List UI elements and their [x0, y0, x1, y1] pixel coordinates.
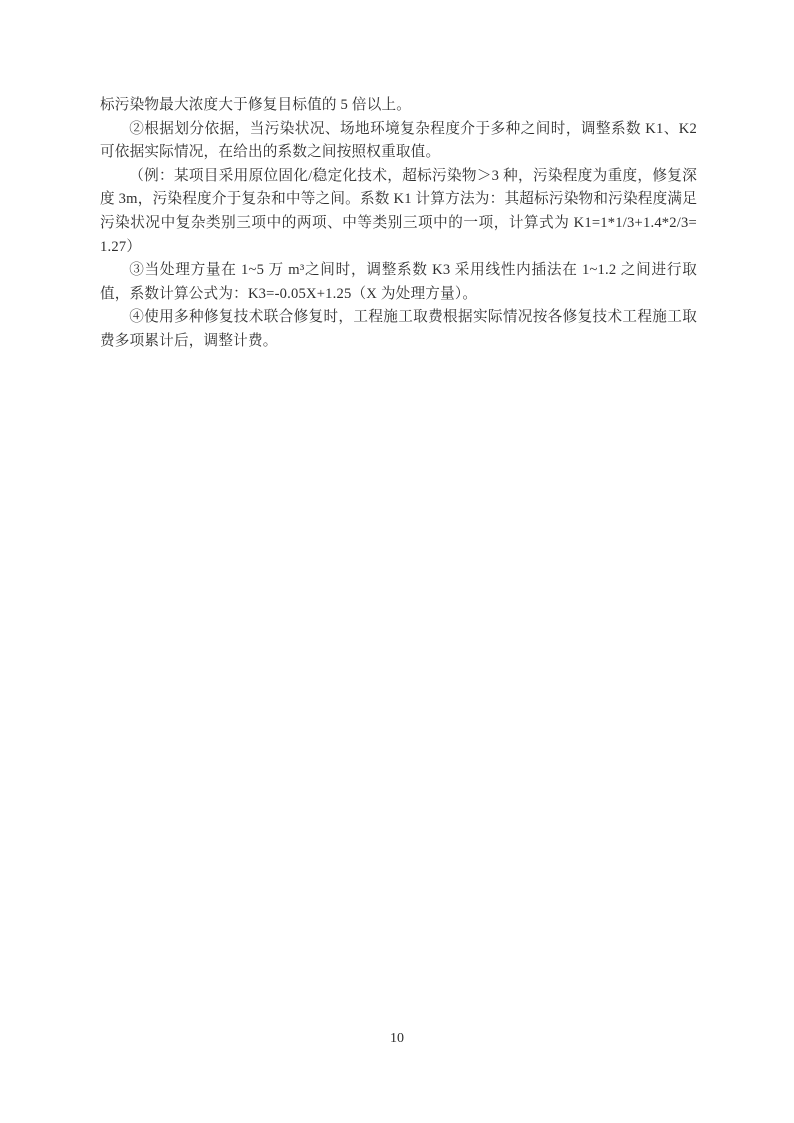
paragraph-item-4: ④使用多种修复技术联合修复时，工程施工取费根据实际情况按各修复技术工程施工取费多… [100, 306, 697, 353]
paragraph-item-2: ②根据划分依据，当污染状况、场地环境复杂程度介于多种之间时，调整系数 K1、K2… [100, 118, 697, 165]
document-page: 标污染物最大浓度大于修复目标值的 5 倍以上。 ②根据划分依据，当污染状况、场地… [0, 0, 794, 1123]
page-number: 10 [390, 1031, 404, 1046]
document-body: 标污染物最大浓度大于修复目标值的 5 倍以上。 ②根据划分依据，当污染状况、场地… [100, 94, 697, 354]
paragraph-example: （例：某项目采用原位固化/稳定化技术，超标污染物＞3 种，污染程度为重度，修复深… [100, 165, 697, 259]
page-footer: 10 [0, 1030, 794, 1048]
paragraph-item-3: ③当处理方量在 1~5 万 m³之间时，调整系数 K3 采用线性内插法在 1~1… [100, 259, 697, 306]
paragraph-continuation: 标污染物最大浓度大于修复目标值的 5 倍以上。 [100, 94, 697, 118]
